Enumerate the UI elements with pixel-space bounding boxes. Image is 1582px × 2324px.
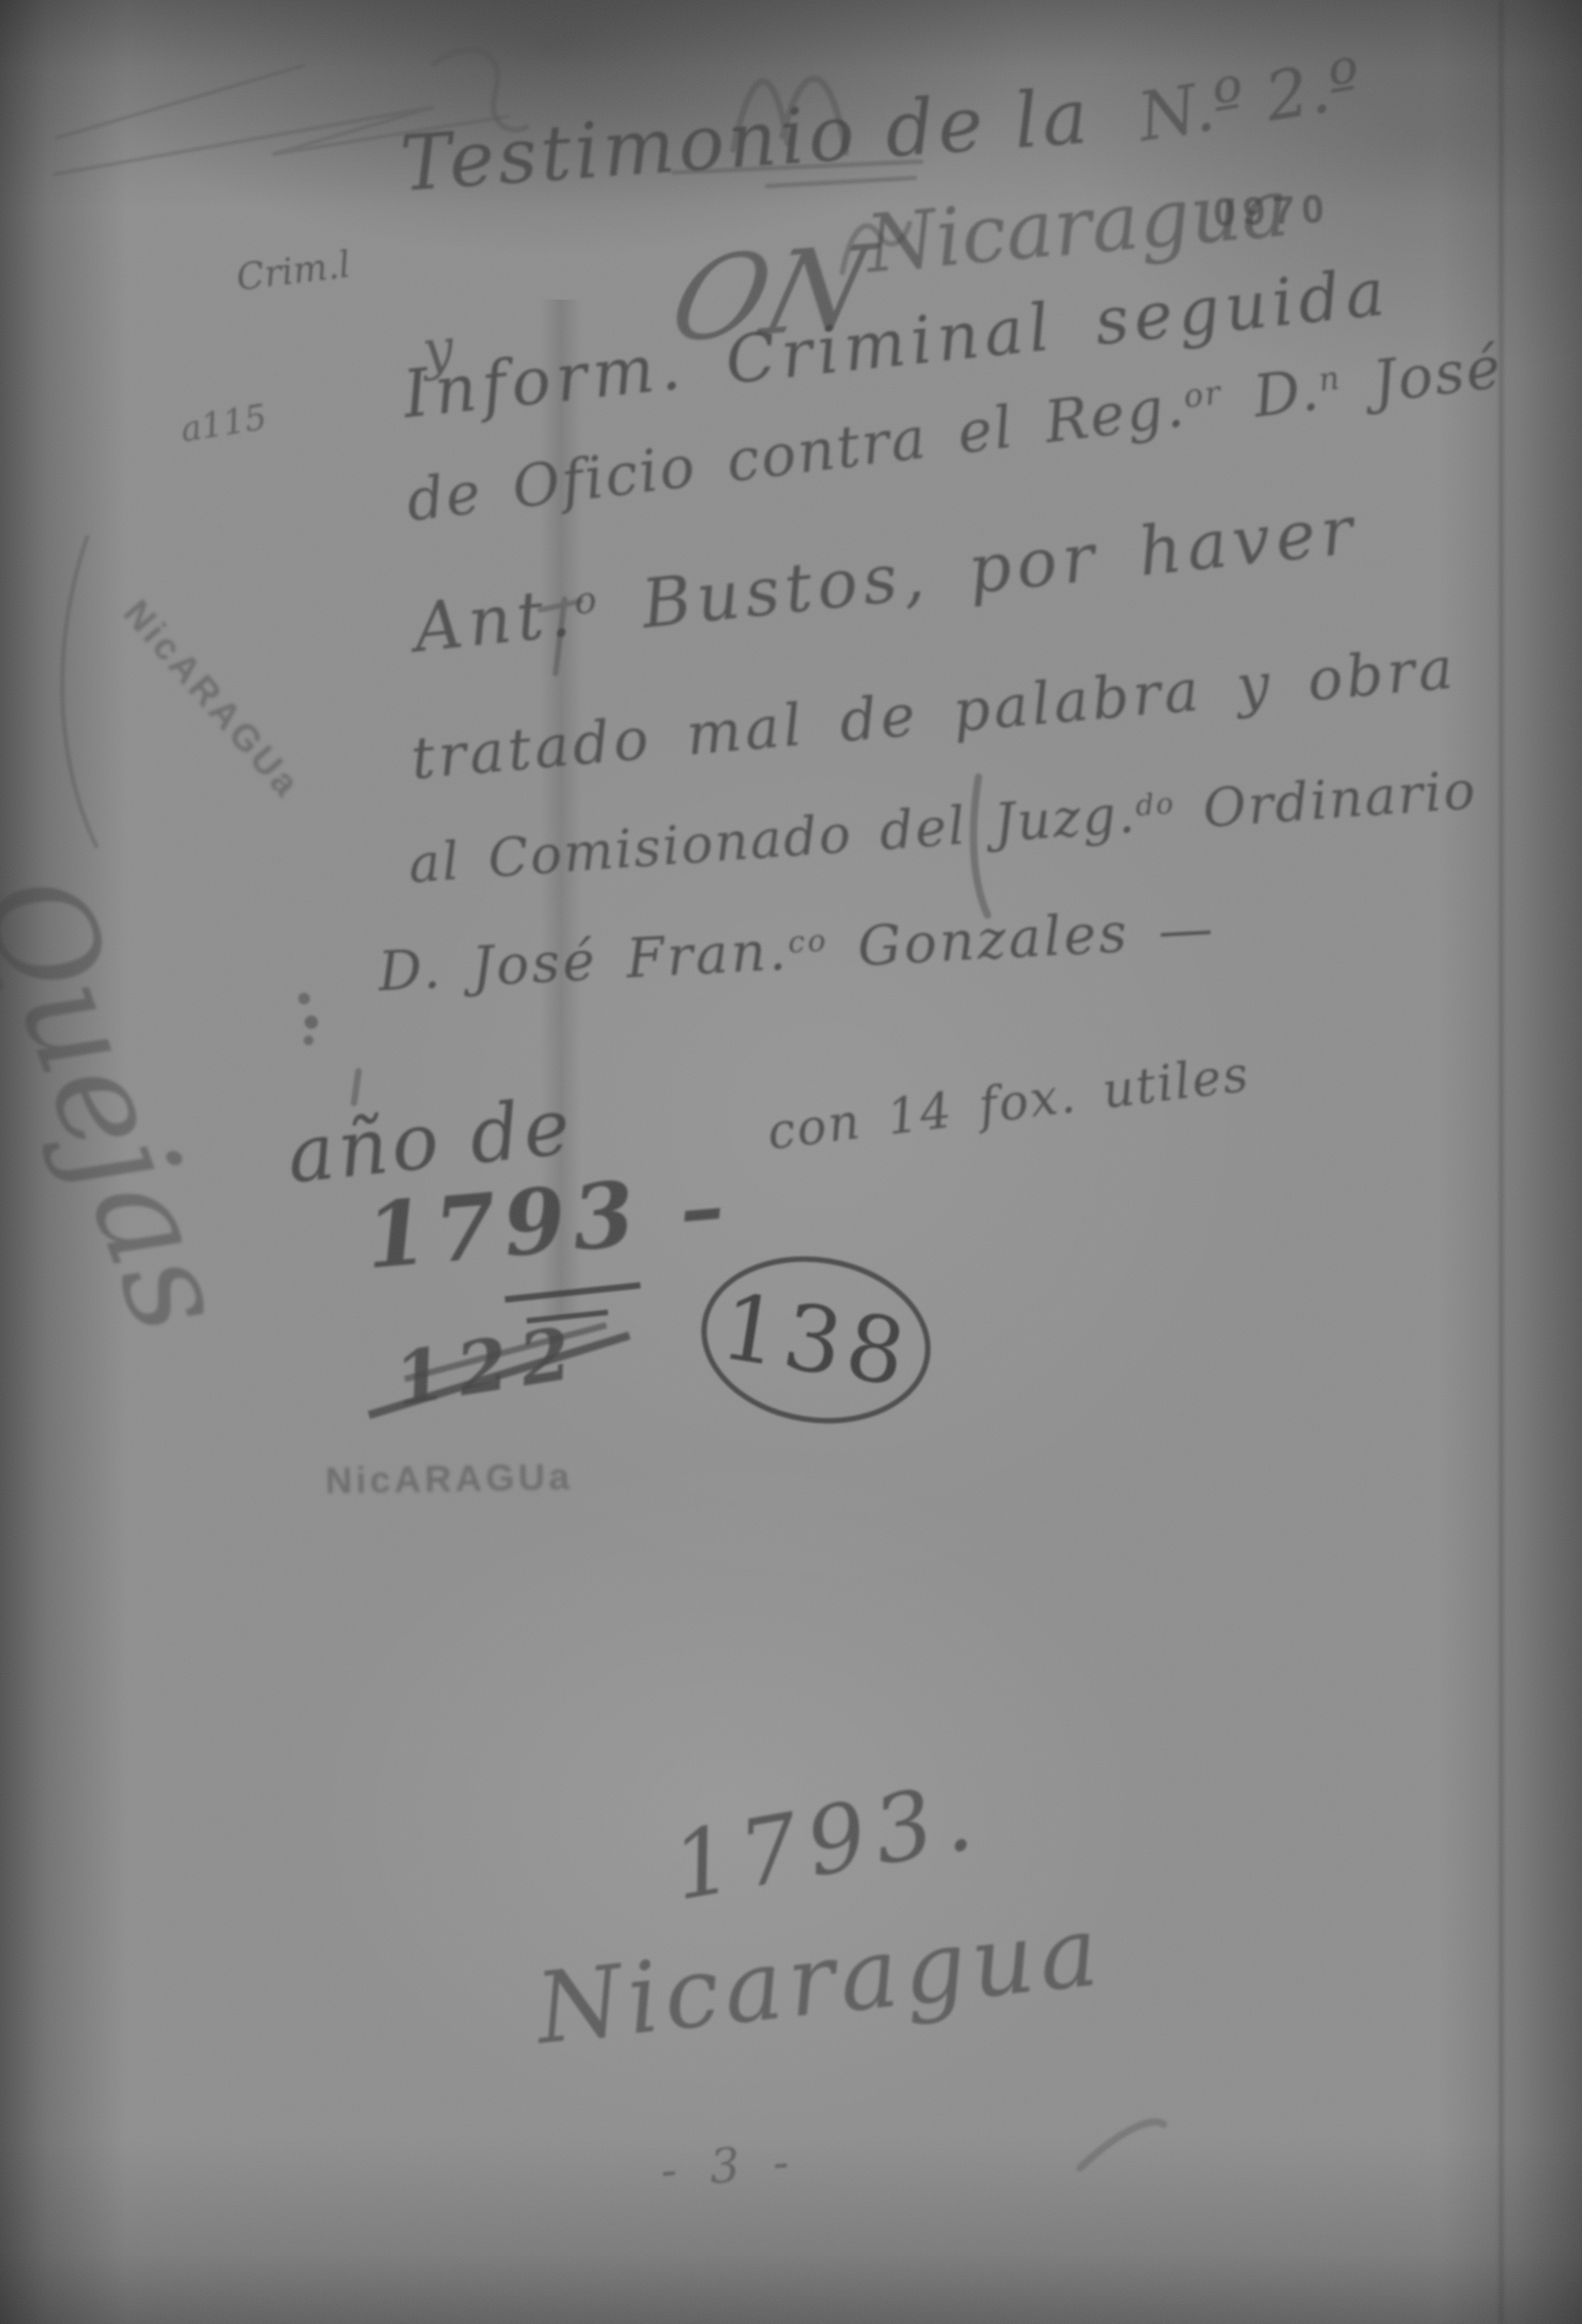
ink-flourish bbox=[56, 65, 304, 138]
manuscript-scan-page: N.º 2.º Testimonio de la 0970 Nicaragua … bbox=[0, 0, 1582, 2324]
circled-number-value: 138 bbox=[714, 1273, 919, 1407]
superscript: do bbox=[1135, 785, 1176, 822]
superscript: o bbox=[572, 577, 604, 624]
nicaragua-stamp-horizontal: NicARAGUa bbox=[325, 1455, 574, 1502]
superscript: co bbox=[787, 922, 829, 960]
ink-speck bbox=[304, 1036, 313, 1045]
body-line-segment: D. bbox=[1219, 357, 1324, 436]
ink-speck bbox=[299, 993, 310, 1004]
ink-flourish bbox=[1080, 2122, 1164, 2168]
ink-speck bbox=[354, 1071, 359, 1103]
page-number-mark: - 3 - bbox=[659, 2134, 800, 2198]
superscript: or bbox=[1182, 374, 1224, 416]
ink-flourish bbox=[63, 537, 96, 846]
ink-speck bbox=[305, 1016, 318, 1029]
